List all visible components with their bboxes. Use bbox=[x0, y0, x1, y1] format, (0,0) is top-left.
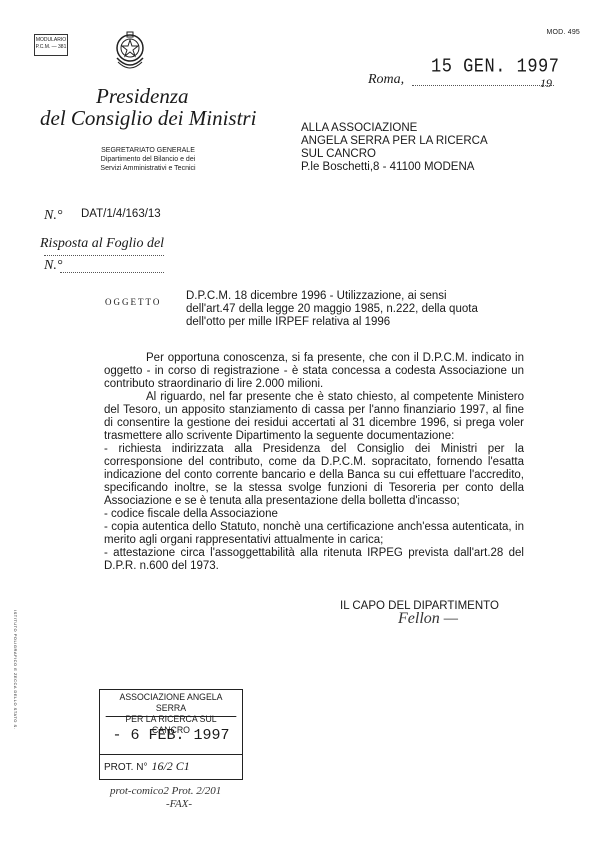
form-code-box: MODULARIO P.C.M. — 381 bbox=[34, 34, 68, 56]
letterhead-presidenza: Presidenza bbox=[96, 86, 189, 107]
protocol-number: DAT/1/4/163/13 bbox=[81, 208, 161, 220]
recipient-line4: P.le Boschetti,8 - 41100 MODENA bbox=[301, 161, 488, 174]
italian-republic-emblem-icon bbox=[112, 28, 148, 76]
number-label: N.° bbox=[44, 208, 62, 224]
subject-text: D.P.C.M. 18 dicembre 1996 - Utilizzazion… bbox=[186, 290, 496, 329]
year-prefix: 19 bbox=[540, 76, 552, 91]
model-number: MOD. 495 bbox=[547, 29, 581, 36]
form-code-line2: P.C.M. — 381 bbox=[35, 44, 67, 51]
reply-dotted-line bbox=[44, 255, 164, 256]
subject-label: OGGETTO bbox=[105, 297, 161, 307]
form-code-line1: MODULARIO bbox=[35, 37, 67, 44]
letter-body: Per opportuna conoscenza, si fa presente… bbox=[104, 352, 524, 573]
segretariato-label: SEGRETARIATO GENERALE bbox=[82, 146, 214, 155]
receipt-org-line2: PER LA RICERCA SUL CANCRO bbox=[106, 714, 237, 736]
printer-imprint: ISTITUTO POLIGRAFICO E ZECCA DELLO STATO… bbox=[13, 610, 18, 770]
receipt-stamp: ASSOCIAZIONE ANGELA SERRA PER LA RICERCA… bbox=[99, 689, 243, 780]
recipient-line3: SUL CANCRO bbox=[301, 148, 488, 161]
receipt-prot-number: 16/2 C1 bbox=[151, 759, 189, 773]
handwritten-line2: -FAX- bbox=[110, 798, 221, 811]
recipient-line1: ALLA ASSOCIAZIONE bbox=[301, 122, 488, 135]
letterhead-department: SEGRETARIATO GENERALE Dipartimento del B… bbox=[82, 146, 214, 173]
body-item: - codice fiscale della Associazione bbox=[104, 508, 524, 521]
dept-line2: Servizi Amministrativi e Tecnici bbox=[82, 164, 214, 173]
date-dotted-line bbox=[412, 85, 554, 86]
body-item: - copia autentica dello Statuto, nonchè … bbox=[104, 521, 524, 547]
receipt-prot-label: PROT. N° bbox=[104, 762, 147, 773]
place-city: Roma, bbox=[368, 72, 404, 88]
letterhead-consiglio: del Consiglio dei Ministri bbox=[40, 107, 256, 129]
receipt-org-line1: ASSOCIAZIONE ANGELA SERRA bbox=[106, 692, 237, 714]
recipient-address: ALLA ASSOCIAZIONE ANGELA SERRA PER LA RI… bbox=[301, 122, 488, 174]
signature: Fellon — bbox=[398, 610, 458, 628]
body-paragraph-2: Al riguardo, nel far presente che è stat… bbox=[104, 391, 524, 443]
handwritten-note: prot-comico2 Prot. 2/201 -FAX- bbox=[110, 785, 221, 811]
receipt-org: ASSOCIAZIONE ANGELA SERRA PER LA RICERCA… bbox=[106, 690, 237, 717]
body-item: - richiesta indirizzata alla Presidenza … bbox=[104, 443, 524, 508]
dept-line1: Dipartimento del Bilancio e dei bbox=[82, 155, 214, 164]
recipient-line2: ANGELA SERRA PER LA RICERCA bbox=[301, 135, 488, 148]
number-dotted-line bbox=[60, 272, 164, 273]
handwritten-line1: prot-comico2 Prot. 2/201 bbox=[110, 785, 221, 798]
receipt-protocol: PROT. N°16/2 C1 bbox=[100, 755, 242, 777]
body-paragraph-1: Per opportuna conoscenza, si fa presente… bbox=[104, 352, 524, 391]
body-item: - attestazione circa l'assoggettabilità … bbox=[104, 547, 524, 573]
reply-to-label: Risposta al Foglio del bbox=[40, 236, 164, 252]
